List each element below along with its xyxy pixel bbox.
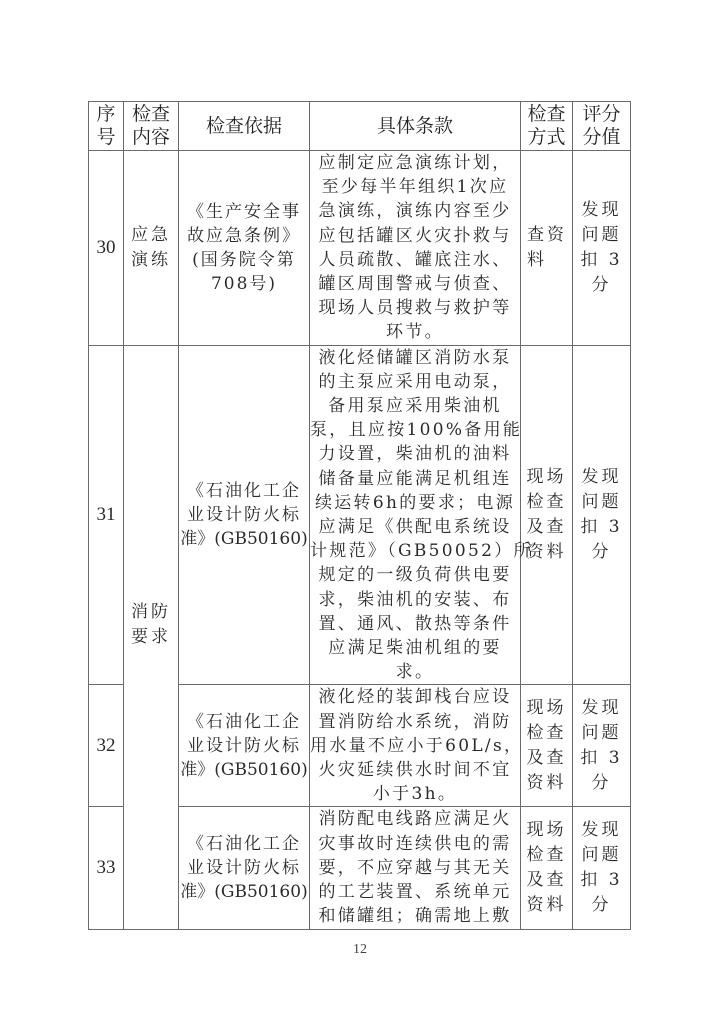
row-clause: 液化烃的装卸栈台应设 置消防给水系统，消防 用水量不应小于60L/s， 火灾延续… [310, 685, 521, 807]
header-score: 评分 分值 [573, 102, 631, 151]
clause-line: 的工艺装置、系统单元 [310, 880, 520, 904]
row-method: 现场 检查 及查 资料 [521, 685, 573, 807]
method-line: 检查 [521, 721, 572, 746]
score-line: 扣 3 [573, 746, 630, 771]
header-clause: 具体条款 [310, 102, 521, 151]
row-clause: 液化烃储罐区消防水泵 的主泵应采用电动泵， 备用泵应采用柴油机 泵，且应按100… [310, 345, 521, 685]
clause-line: 求。 [310, 660, 520, 684]
basis-line: 业设计防火标 [179, 734, 309, 758]
clause-line: 灾事故时连续供电的需 [310, 832, 520, 856]
clause-line: 置、通风、散热等条件 [310, 612, 520, 636]
basis-line: 故应急条例》 [179, 224, 309, 248]
basis-line: 《石油化工企 [179, 479, 309, 503]
row-score: 发现 问题 扣 3 分 [573, 807, 631, 929]
table-row: 31 消防 要求 《石油化工企 业设计防火标 准》(GB50160) 液化烃储罐… [89, 345, 631, 685]
clause-line: 至少每半年组织1次应 [310, 175, 520, 199]
header-score-line: 分值 [573, 126, 630, 149]
clause-line: 人员疏散、罐底注水、 [310, 248, 520, 272]
clause-line: 应包括罐区火灾扑救与 [310, 224, 520, 248]
clause-line: 环节。 [310, 320, 520, 344]
score-line: 分 [573, 540, 630, 565]
method-line: 及查 [521, 515, 572, 540]
row-seq: 31 [89, 345, 124, 685]
clause-line: 储备量应能满足机组连 [310, 467, 520, 491]
method-line: 资料 [521, 771, 572, 796]
method-line: 现场 [521, 696, 572, 721]
table-row: 30 应急 演练 《生产安全事 故应急条例》 (国务院令第 708号) 应制定应… [89, 151, 631, 346]
score-line: 发现 [573, 198, 630, 223]
score-line: 分 [573, 273, 630, 298]
clause-line: 的主泵应采用电动泵， [310, 370, 520, 394]
basis-line: 《石油化工企 [179, 832, 309, 856]
clause-line: 和储罐组；确需地上敷 [310, 904, 520, 928]
header-seq-line: 序 [89, 103, 123, 126]
row-method: 查资 料 [521, 151, 573, 346]
basis-line: 《生产安全事 [179, 200, 309, 224]
row-clause: 消防配电线路应满足火 灾事故时连续供电的需 要，不应穿越与其无关 的工艺装置、系… [310, 807, 521, 929]
header-seq: 序 号 [89, 102, 124, 151]
row-method: 现场 检查 及查 资料 [521, 345, 573, 685]
score-line: 扣 3 [573, 248, 630, 273]
header-basis: 检查依据 [179, 102, 310, 151]
row-seq: 33 [89, 807, 124, 929]
header-method: 检查 方式 [521, 102, 573, 151]
header-method-line: 检查 [521, 103, 572, 126]
header-method-line: 方式 [521, 126, 572, 149]
score-line: 问题 [573, 490, 630, 515]
clause-line: 用水量不应小于60L/s， [310, 734, 520, 758]
method-line: 资料 [521, 893, 572, 918]
page-number: 12 [0, 942, 720, 958]
row-score: 发现 问题 扣 3 分 [573, 345, 631, 685]
score-line: 发现 [573, 818, 630, 843]
row-seq: 30 [89, 151, 124, 346]
category-line: 消防 [124, 600, 178, 625]
method-line: 现场 [521, 818, 572, 843]
basis-line: 708号) [179, 272, 309, 296]
row-seq: 32 [89, 685, 124, 807]
header-score-line: 评分 [573, 103, 630, 126]
header-content-line: 内容 [124, 126, 178, 149]
clause-line: 规定的一级负荷供电要 [310, 563, 520, 587]
row-method: 现场 检查 及查 资料 [521, 807, 573, 929]
clause-line: 小于3h。 [310, 782, 520, 806]
method-line: 资料 [521, 540, 572, 565]
category-fire-requirements: 消防 要求 [124, 345, 179, 929]
basis-line: 准》(GB50160) [179, 880, 309, 904]
clause-line: 求，柴油机的安装、布 [310, 588, 520, 612]
method-line: 现场 [521, 465, 572, 490]
clause-line: 要，不应穿越与其无关 [310, 856, 520, 880]
basis-line: 业设计防火标 [179, 503, 309, 527]
category-line: 要求 [124, 625, 178, 650]
clause-line: 消防配电线路应满足火 [310, 807, 520, 831]
header-content: 检查 内容 [124, 102, 179, 151]
clause-line: 应制定应急演练计划， [310, 151, 520, 175]
header-seq-line: 号 [89, 126, 123, 149]
content-line: 演练 [124, 248, 178, 273]
inspection-table: 序 号 检查 内容 检查依据 具体条款 检查 方式 评分 分值 30 应急 演练… [88, 101, 631, 930]
score-line: 扣 3 [573, 868, 630, 893]
row-score: 发现 问题 扣 3 分 [573, 151, 631, 346]
clause-line: 续运转6h的要求；电源 [310, 491, 520, 515]
row-content: 应急 演练 [124, 151, 179, 346]
score-line: 问题 [573, 223, 630, 248]
score-line: 分 [573, 893, 630, 918]
table-header-row: 序 号 检查 内容 检查依据 具体条款 检查 方式 评分 分值 [89, 102, 631, 151]
basis-line: 业设计防火标 [179, 856, 309, 880]
score-line: 分 [573, 771, 630, 796]
clause-line: 现场人员搜救与救护等 [310, 296, 520, 320]
clause-line: 置消防给水系统，消防 [310, 710, 520, 734]
basis-line: (国务院令第 [179, 248, 309, 272]
clause-line: 液化烃的装卸栈台应设 [310, 685, 520, 709]
row-basis: 《石油化工企 业设计防火标 准》(GB50160) [179, 807, 310, 929]
score-line: 问题 [573, 843, 630, 868]
row-clause: 应制定应急演练计划， 至少每半年组织1次应 急演练，演练内容至少 应包括罐区火灾… [310, 151, 521, 346]
clause-line: 火灾延续供水时间不宜 [310, 758, 520, 782]
score-line: 问题 [573, 721, 630, 746]
method-line: 检查 [521, 490, 572, 515]
basis-line: 《石油化工企 [179, 710, 309, 734]
method-line: 查资 [527, 223, 572, 248]
score-line: 发现 [573, 696, 630, 721]
method-line: 及查 [521, 746, 572, 771]
score-line: 扣 3 [573, 515, 630, 540]
header-content-line: 检查 [124, 103, 178, 126]
basis-line: 准》(GB50160) [179, 758, 309, 782]
score-line: 发现 [573, 465, 630, 490]
clause-line: 应满足柴油机组的要 [310, 636, 520, 660]
row-basis: 《生产安全事 故应急条例》 (国务院令第 708号) [179, 151, 310, 346]
row-basis: 《石油化工企 业设计防火标 准》(GB50160) [179, 345, 310, 685]
method-line: 料 [527, 248, 572, 273]
clause-line: 急演练，演练内容至少 [310, 199, 520, 223]
clause-line: 罐区周围警戒与侦查、 [310, 272, 520, 296]
row-score: 发现 问题 扣 3 分 [573, 685, 631, 807]
clause-line: 力设置，柴油机的油料 [310, 442, 520, 466]
clause-line: 备用泵应采用柴油机 [310, 394, 520, 418]
clause-line: 应满足《供配电系统设 [310, 515, 520, 539]
content-line: 应急 [124, 223, 178, 248]
row-basis: 《石油化工企 业设计防火标 准》(GB50160) [179, 685, 310, 807]
method-line: 检查 [521, 843, 572, 868]
method-line: 及查 [521, 868, 572, 893]
clause-line: 液化烃储罐区消防水泵 [310, 346, 520, 370]
clause-line: 计规范》（GB50052）所 [310, 539, 520, 563]
basis-line: 准》(GB50160) [179, 527, 309, 551]
clause-line: 泵，且应按100%备用能 [310, 418, 520, 442]
